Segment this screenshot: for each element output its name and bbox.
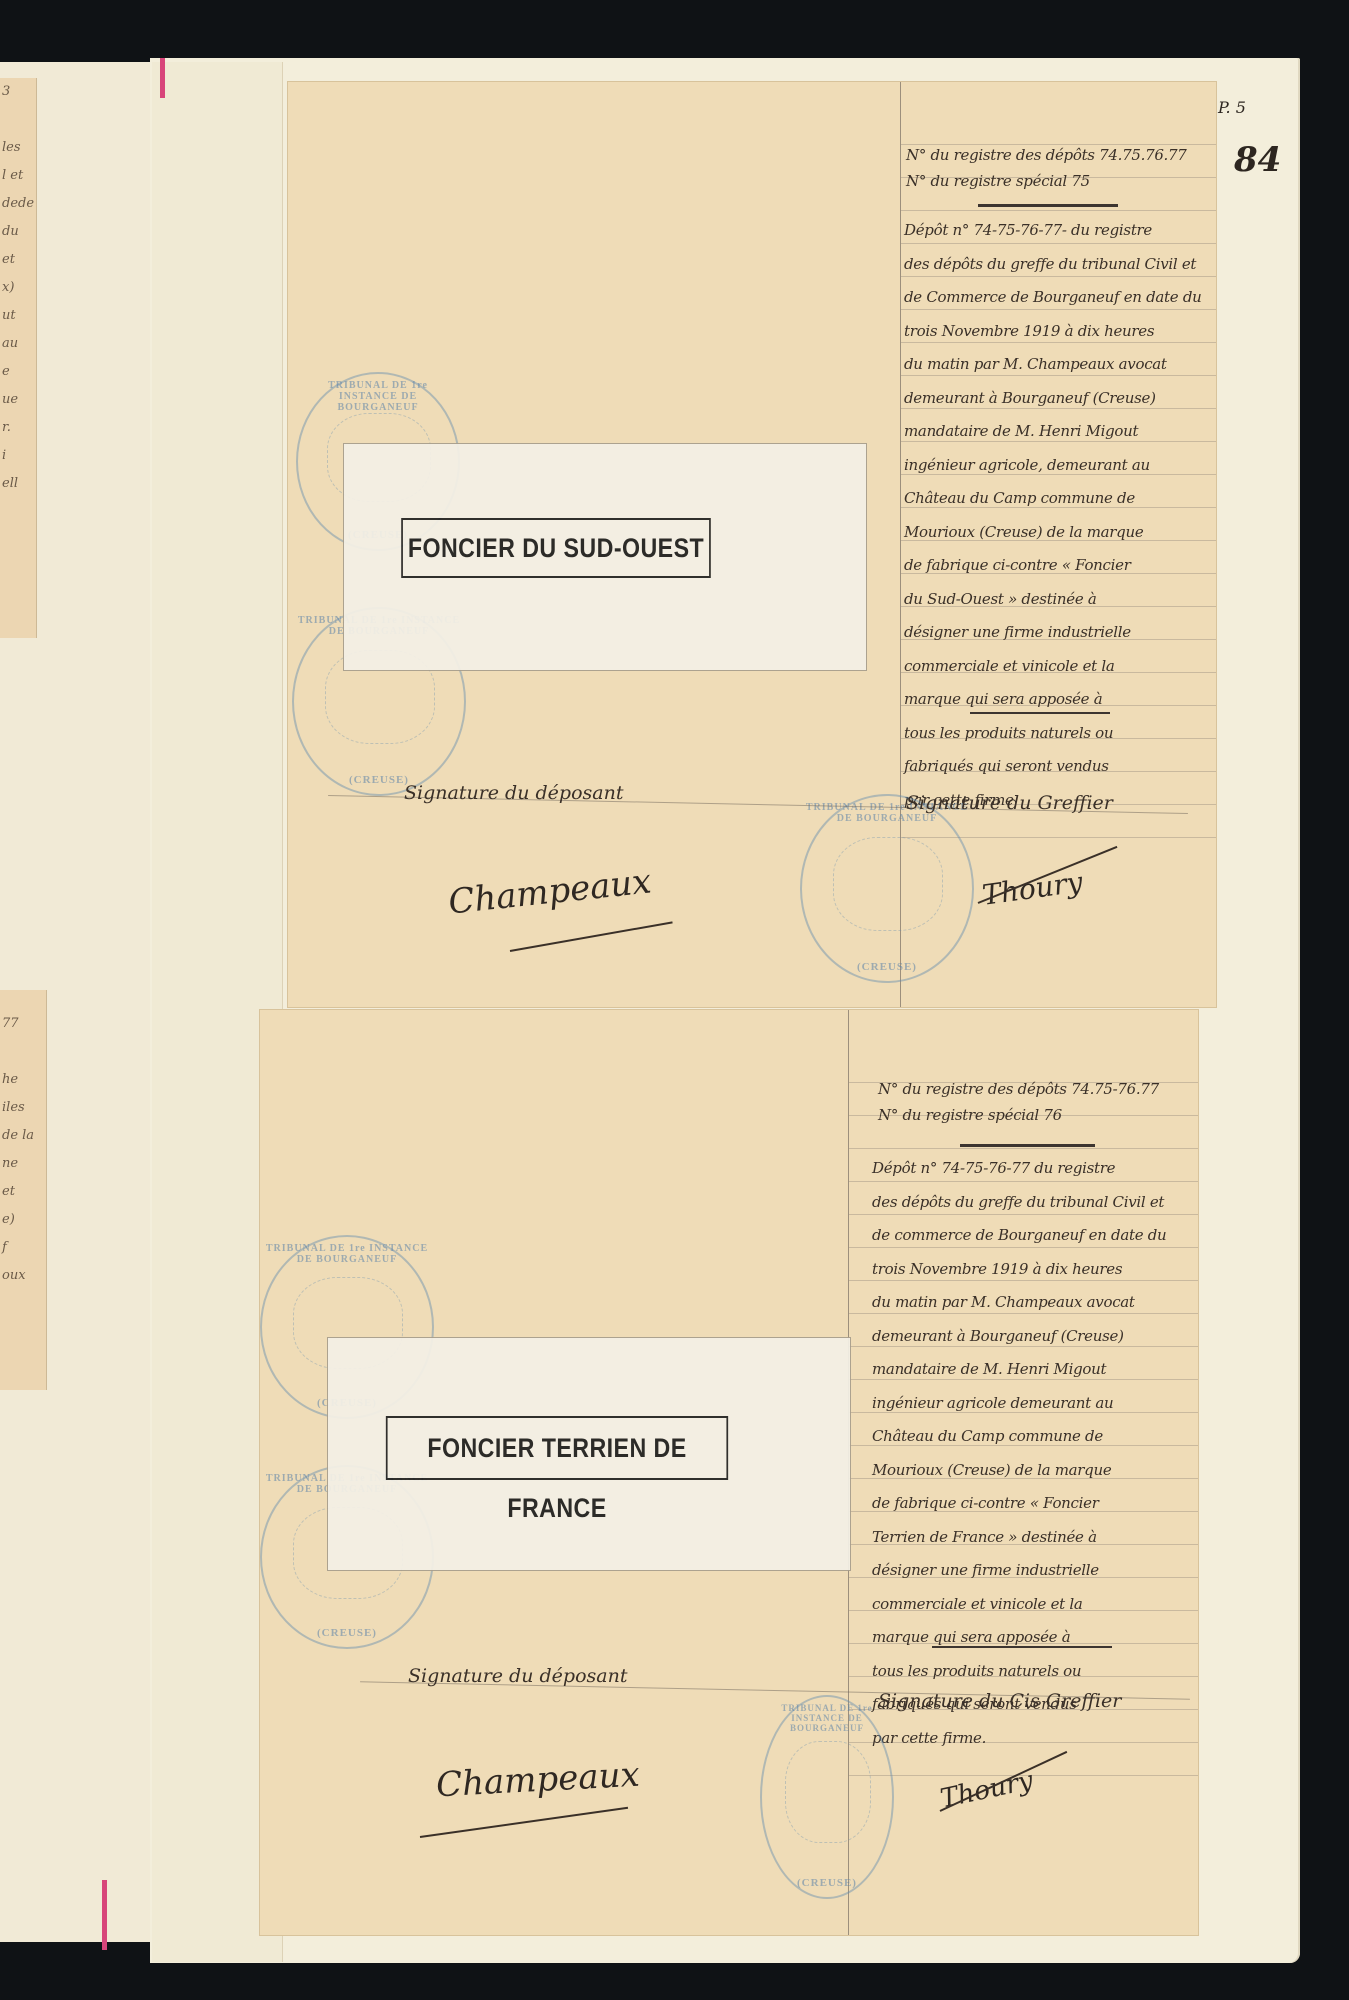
clerk-signature-label: Signature du Cis Greffier [878,1690,1121,1712]
register-deposit-number: N° du registre des dépôts 74.75.76.77 [906,142,1187,168]
fragment-line: ue [2,386,36,414]
deposit-text-line: Château du Camp commune de [904,482,1201,516]
separator-bar [960,1144,1095,1147]
deposit-text-line: du matin par M. Champeaux avocat [904,348,1201,382]
stamp-text: TRIBUNAL DE 1re INSTANCE DE BOURGANEUF [298,380,458,413]
register-numbers: N° du registre des dépôts 74.75-76.77 N°… [878,1076,1159,1128]
stamp-emblem [833,837,944,932]
separator-bar [970,712,1110,714]
stamp-text: TRIBUNAL DE 1re INSTANCE DE BOURGANEUF [262,1243,432,1265]
fragment-line: du [2,218,36,246]
trademark-specimen: FONCIER DU SUD-OUEST [344,444,866,670]
stamp-emblem [785,1741,870,1843]
fragment-line: au [2,330,36,358]
depositor-signature-label: Signature du déposant [404,782,623,804]
deposit-text: Dépôt n° 74-75-76-77 du registre des dép… [872,1152,1166,1755]
register-numbers: N° du registre des dépôts 74.75.76.77 N°… [906,142,1187,194]
fragment-line: e [2,358,36,386]
fragment-line [2,106,36,134]
fragment-line: i [2,442,36,470]
stamp-text: TRIBUNAL DE 1re INSTANCE DE BOURGANEUF [762,1703,892,1733]
deposit-text-line: marque qui sera apposée à [872,1621,1166,1655]
depositor-signature: Champeaux [446,861,653,922]
deposit-text-line: désigner une firme industrielle [904,616,1201,650]
folio-mark: P. 5 [1218,98,1246,117]
deposit-text-line: tous les produits naturels ou [872,1655,1166,1689]
separator-bar [978,204,1118,207]
stamp-text: (CREUSE) [802,961,972,973]
deposit-text-line: de Commerce de Bourganeuf en date du [904,281,1201,315]
fragment-line: iles [2,1094,46,1122]
fragment-line: r. [2,414,36,442]
deposit-text-line: fabriqués qui seront vendus [904,750,1201,784]
deposit-text-line: Dépôt n° 74-75-76-77- du registre [904,214,1201,248]
deposit-text-line: demeurant à Bourganeuf (Creuse) [872,1320,1166,1354]
deposit-text: Dépôt n° 74-75-76-77- du registre des dé… [904,214,1201,817]
left-page-fragment-top: 3 les l et dede du et x) ut au e ue r. i… [0,78,37,638]
register-deposit-number: N° du registre des dépôts 74.75-76.77 [878,1076,1159,1102]
deposit-text-line: Mourioux (Creuse) de la marque [904,516,1201,550]
left-page-fragment-bottom: 77 he iles de la ne et e) f oux [0,990,47,1390]
clerk-signature: Thoury [980,865,1084,912]
register-special-number: N° du registre spécial 76 [878,1102,1159,1128]
fragment-line: l et [2,162,36,190]
deposit-text-line: par cette firme. [872,1722,1166,1756]
deposit-text-line: de fabrique ci-contre « Foncier [904,549,1201,583]
trademark-specimen: FONCIER TERRIEN DE FRANCE [328,1338,850,1570]
fragment-line: f [2,1234,46,1262]
separator-bar [932,1646,1112,1648]
fragment-line: he [2,1066,46,1094]
trademark-label: FONCIER DU SUD-OUEST [401,518,711,578]
trademark-label: FONCIER TERRIEN DE FRANCE [386,1416,728,1480]
deposit-text-line: tous les produits naturels ou [904,717,1201,751]
stamp-text: (CREUSE) [762,1877,892,1889]
fragment-line: 77 [2,1010,46,1038]
deposit-text-line: trois Novembre 1919 à dix heures [872,1253,1166,1287]
deposit-text-line: désigner une firme industrielle [872,1554,1166,1588]
deposit-text-line: du matin par M. Champeaux avocat [872,1286,1166,1320]
stamp-text: (CREUSE) [262,1627,432,1639]
deposit-text-line: demeurant à Bourganeuf (Creuse) [904,382,1201,416]
depositor-signature: Champeaux [435,1755,640,1806]
deposit-text-line: Mourioux (Creuse) de la marque [872,1454,1166,1488]
fragment-line: dede [2,190,36,218]
court-stamp: TRIBUNAL DE 1re INSTANCE DE BOURGANEUF (… [760,1695,894,1899]
deposit-text-line: de fabrique ci-contre « Foncier [872,1487,1166,1521]
fragment-line: e) [2,1206,46,1234]
deposit-text-line: des dépôts du greffe du tribunal Civil e… [904,248,1201,282]
deposit-text-line: ingénieur agricole, demeurant au [904,449,1201,483]
deposit-text-line: mandataire de M. Henri Migout [904,415,1201,449]
register-special-number: N° du registre spécial 75 [906,168,1187,194]
deposit-text-line: trois Novembre 1919 à dix heures [904,315,1201,349]
fragment-line: ut [2,302,36,330]
fragment-line: de la [2,1122,46,1150]
binding-ribbon-top [160,58,165,98]
clerk-signature-label: Signature du Greffier [906,792,1113,814]
deposit-text-line: commerciale et vinicole et la [904,650,1201,684]
deposit-text-line: Terrien de France » destinée à [872,1521,1166,1555]
deposit-text-line: du Sud-Ouest » destinée à [904,583,1201,617]
binding-ribbon-bottom [102,1880,107,1950]
fragment-line: et [2,1178,46,1206]
deposit-text-line: ingénieur agricole demeurant au [872,1387,1166,1421]
deposit-text-line: de commerce de Bourganeuf en date du [872,1219,1166,1253]
deposit-text-line: Château du Camp commune de [872,1420,1166,1454]
deposit-text-line: des dépôts du greffe du tribunal Civil e… [872,1186,1166,1220]
fragment-line: ne [2,1150,46,1178]
folio-number: 84 [1234,140,1281,180]
signature-flourish [420,1807,628,1838]
fragment-line: x) [2,274,36,302]
deposit-text-line: commerciale et vinicole et la [872,1588,1166,1622]
signature-flourish [510,921,673,952]
register-entry-1: N° du registre des dépôts 74.75.76.77 N°… [288,82,1216,1007]
fragment-line [2,1038,46,1066]
fragment-line: oux [2,1262,46,1290]
deposit-text-line: Dépôt n° 74-75-76-77 du registre [872,1152,1166,1186]
register-entry-2: N° du registre des dépôts 74.75-76.77 N°… [260,1010,1198,1935]
fragment-line: 3 [2,78,36,106]
depositor-signature-label: Signature du déposant [408,1665,627,1687]
fragment-line: et [2,246,36,274]
fragment-line: les [2,134,36,162]
fragment-line: ell [2,470,36,498]
deposit-text-line: mandataire de M. Henri Migout [872,1353,1166,1387]
court-stamp: TRIBUNAL DE 1re INSTANCE DE BOURGANEUF (… [800,794,974,983]
